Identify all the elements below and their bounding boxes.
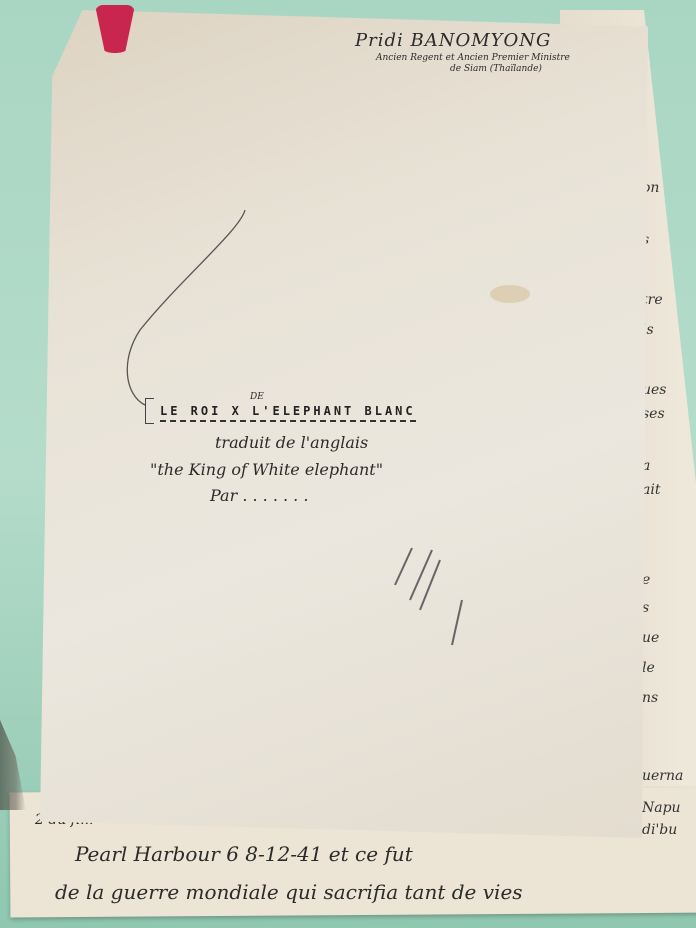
margin-fragment: ses: [642, 406, 665, 422]
margin-fragment: Napu: [642, 800, 681, 816]
subtitle-translated: traduit de l'anglais: [215, 433, 368, 452]
typed-title: LE ROI X L'ELEPHANT BLANC: [160, 404, 416, 422]
paper-stain: [490, 285, 530, 303]
author-name: Pridi BANOMYONG: [355, 30, 551, 51]
author-title-line-2: de Siam (Thaïlande): [450, 64, 542, 74]
margin-fragment: uerna: [642, 768, 683, 784]
subtitle-original-title: "the King of White elephant": [150, 460, 383, 479]
margin-fragment: le: [642, 660, 655, 676]
title-insertion: DE: [250, 392, 264, 402]
subtitle-translator: Par . . . . . . .: [210, 486, 308, 505]
margin-fragment: ues: [642, 382, 667, 398]
underlying-line-1: Pearl Harbour 6 8-12-41 et ce fut: [75, 842, 413, 866]
underlying-line-2: de la guerre mondiale qui sacrifia tant …: [55, 880, 523, 904]
margin-fragment: ue: [642, 630, 659, 646]
author-title-line-1: Ancien Regent et Ancien Premier Ministre: [376, 53, 570, 63]
shadow: [0, 720, 26, 810]
margin-fragment: ait: [642, 482, 660, 498]
margin-fragment: ns: [642, 690, 658, 706]
manuscript-cover-page: [40, 10, 648, 838]
margin-fragment: di'bu: [642, 822, 677, 838]
bracket-mark: [145, 398, 154, 424]
